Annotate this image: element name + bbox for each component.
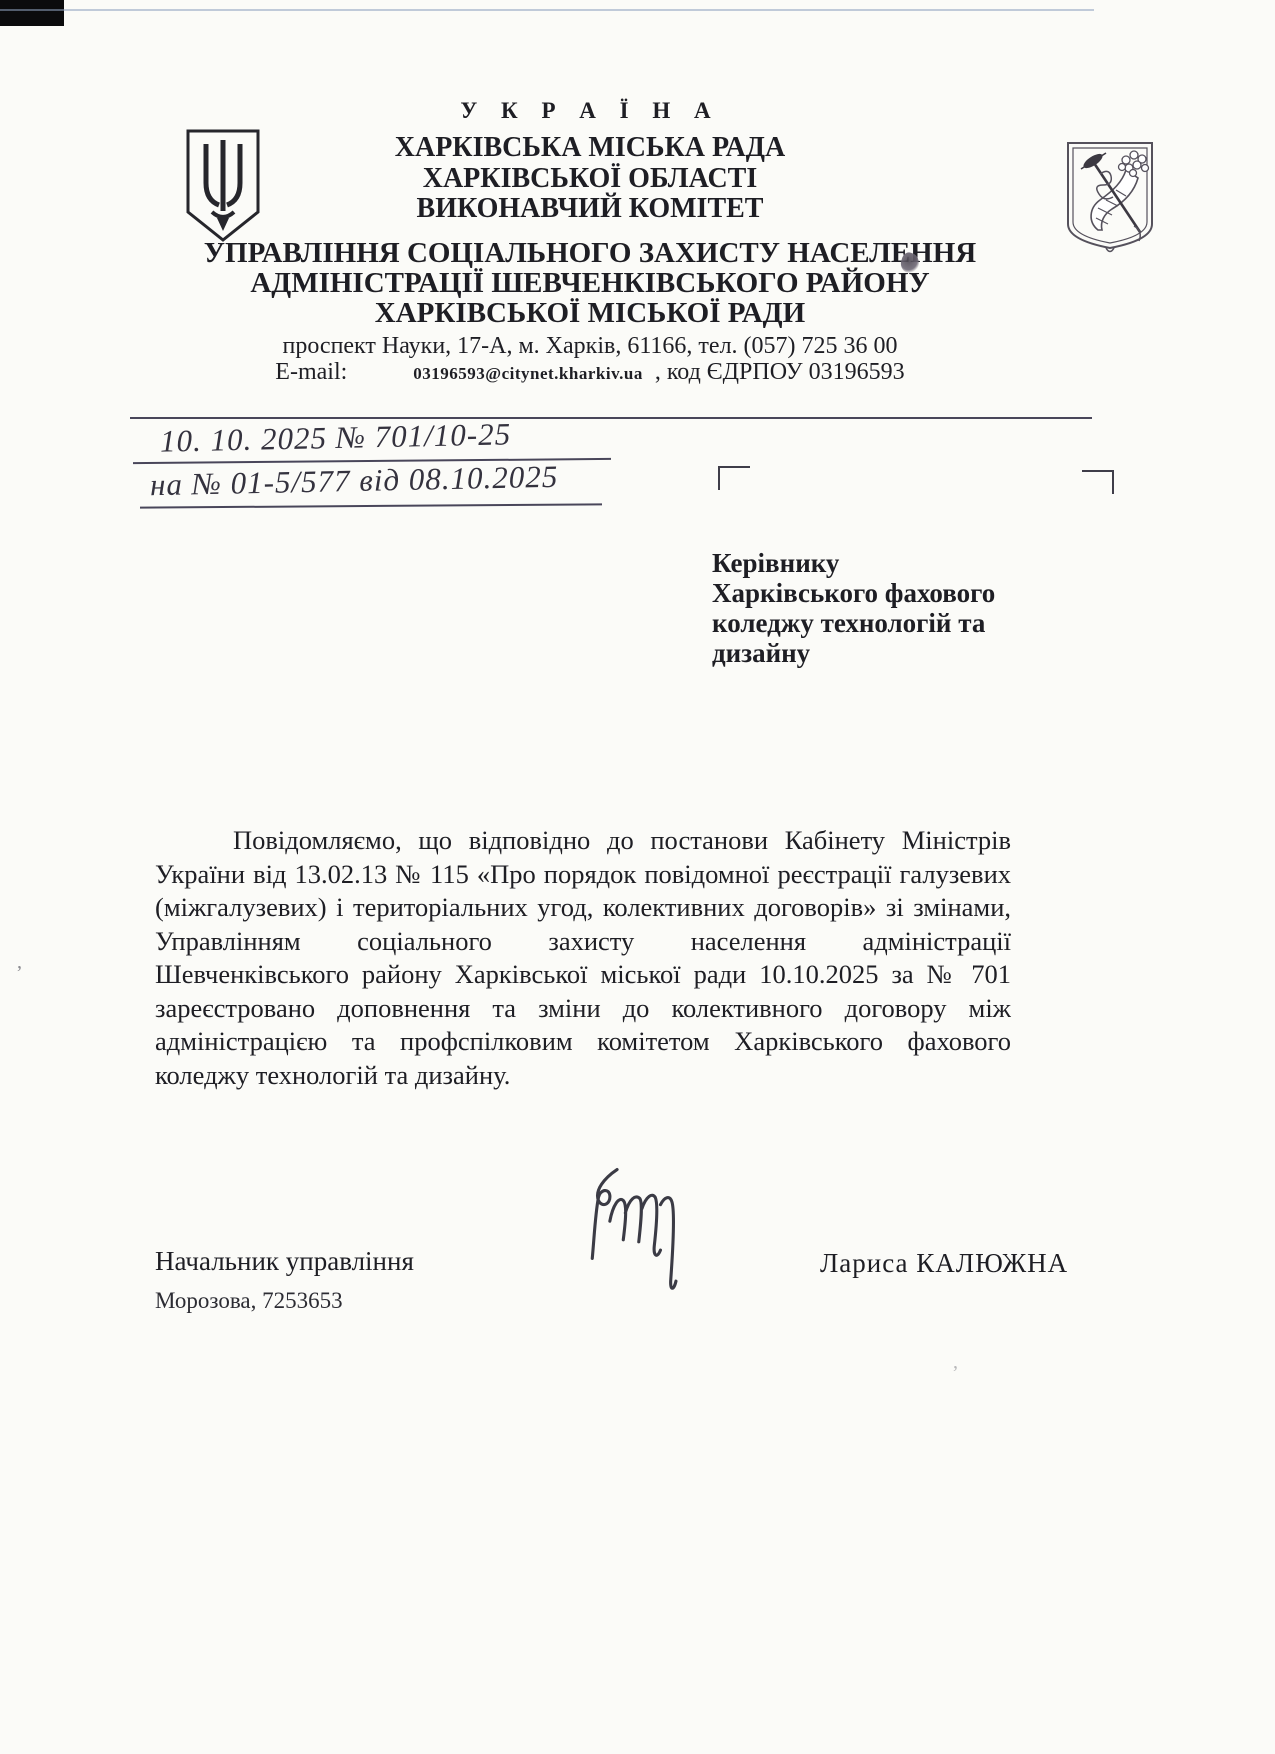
recipient-line-1: Керівнику xyxy=(712,548,1042,578)
signer-position-title: Начальник управління xyxy=(155,1246,414,1277)
council-line-3: ВИКОНАВЧИЙ КОМІТЕТ xyxy=(150,194,1030,225)
recipient-block: Керівнику Харківського фахового коледжу … xyxy=(712,548,1042,668)
letter-body: Повідомляємо, що відповідно до постанови… xyxy=(155,824,1011,1092)
email-address: 03196593@citynet.kharkiv.ua xyxy=(413,364,643,383)
body-line: Шевченківського району Харківської міськ… xyxy=(155,958,1011,992)
department-line-2: АДМІНІСТРАЦІЇ ШЕВЧЕНКІВСЬКОГО РАЙОНУ xyxy=(150,268,1030,298)
address-corner-bracket-left xyxy=(718,466,750,490)
body-line: України від 13.02.13 № 115 «Про порядок … xyxy=(155,858,1011,892)
recipient-line-2: Харківського фахового xyxy=(712,578,1042,608)
scan-corner-mark xyxy=(0,0,64,26)
email-line: E-mail: 03196593@citynet.kharkiv.ua , ко… xyxy=(150,359,1030,387)
scan-speck-artifact: ’ xyxy=(952,1362,959,1385)
scan-speck-artifact: ’ xyxy=(16,962,23,985)
body-line: зареєстровано доповнення та зміни до кол… xyxy=(155,992,1011,1026)
department-name: УПРАВЛІННЯ СОЦІАЛЬНОГО ЗАХИСТУ НАСЕЛЕННЯ… xyxy=(150,238,1030,328)
scan-edge-line xyxy=(0,9,1094,11)
council-line-1: ХАРКІВСЬКА МІСЬКА РАДА xyxy=(150,133,1030,164)
reference-rule-bottom xyxy=(140,503,602,508)
postal-address: проспект Науки, 17-А, м. Харків, 61166, … xyxy=(150,333,1030,359)
reference-rule-top xyxy=(130,417,1092,419)
body-line: адміністрацією та профспілковим комітето… xyxy=(155,1025,1011,1059)
body-line: Управлінням соціального захисту населенн… xyxy=(155,925,1011,959)
department-line-3: ХАРКІВСЬКОЇ МІСЬКОЇ РАДИ xyxy=(150,298,1030,328)
council-line-2: ХАРКІВСЬКОЇ ОБЛАСТІ xyxy=(150,164,1030,195)
handwritten-signature-icon xyxy=(553,1163,708,1298)
body-line: коледжу технологій та дизайну. xyxy=(155,1059,1011,1093)
recipient-line-3: коледжу технологій та дизайну xyxy=(712,608,1042,668)
email-label: E-mail: xyxy=(275,359,347,385)
address-corner-bracket-right xyxy=(1082,470,1114,494)
edrpou-code: , код ЄДРПОУ 03196593 xyxy=(655,359,905,385)
signer-name: Лариса КАЛЮЖНА xyxy=(820,1248,1068,1279)
kharkiv-coat-of-arms-icon xyxy=(1062,138,1158,256)
department-line-1: УПРАВЛІННЯ СОЦІАЛЬНОГО ЗАХИСТУ НАСЕЛЕННЯ xyxy=(150,238,1030,268)
country-name: У К Р А Ї Н А xyxy=(150,98,1030,124)
executor-contact-line: Морозова, 7253653 xyxy=(155,1288,343,1314)
body-line: Повідомляємо, що відповідно до постанови… xyxy=(155,824,1011,858)
letterhead: У К Р А Ї Н А ХАРКІВСЬКА МІСЬКА РАДА ХАР… xyxy=(150,98,1030,387)
scanned-letter-page: У К Р А Ї Н А ХАРКІВСЬКА МІСЬКА РАДА ХАР… xyxy=(0,0,1275,1754)
outgoing-number-handwritten: 10. 10. 2025 № 701/10-25 xyxy=(160,416,512,459)
body-line: (міжгалузевих) і територіальних угод, ко… xyxy=(155,891,1011,925)
incoming-number-handwritten: на № 01-5/577 від 08.10.2025 xyxy=(150,459,559,504)
